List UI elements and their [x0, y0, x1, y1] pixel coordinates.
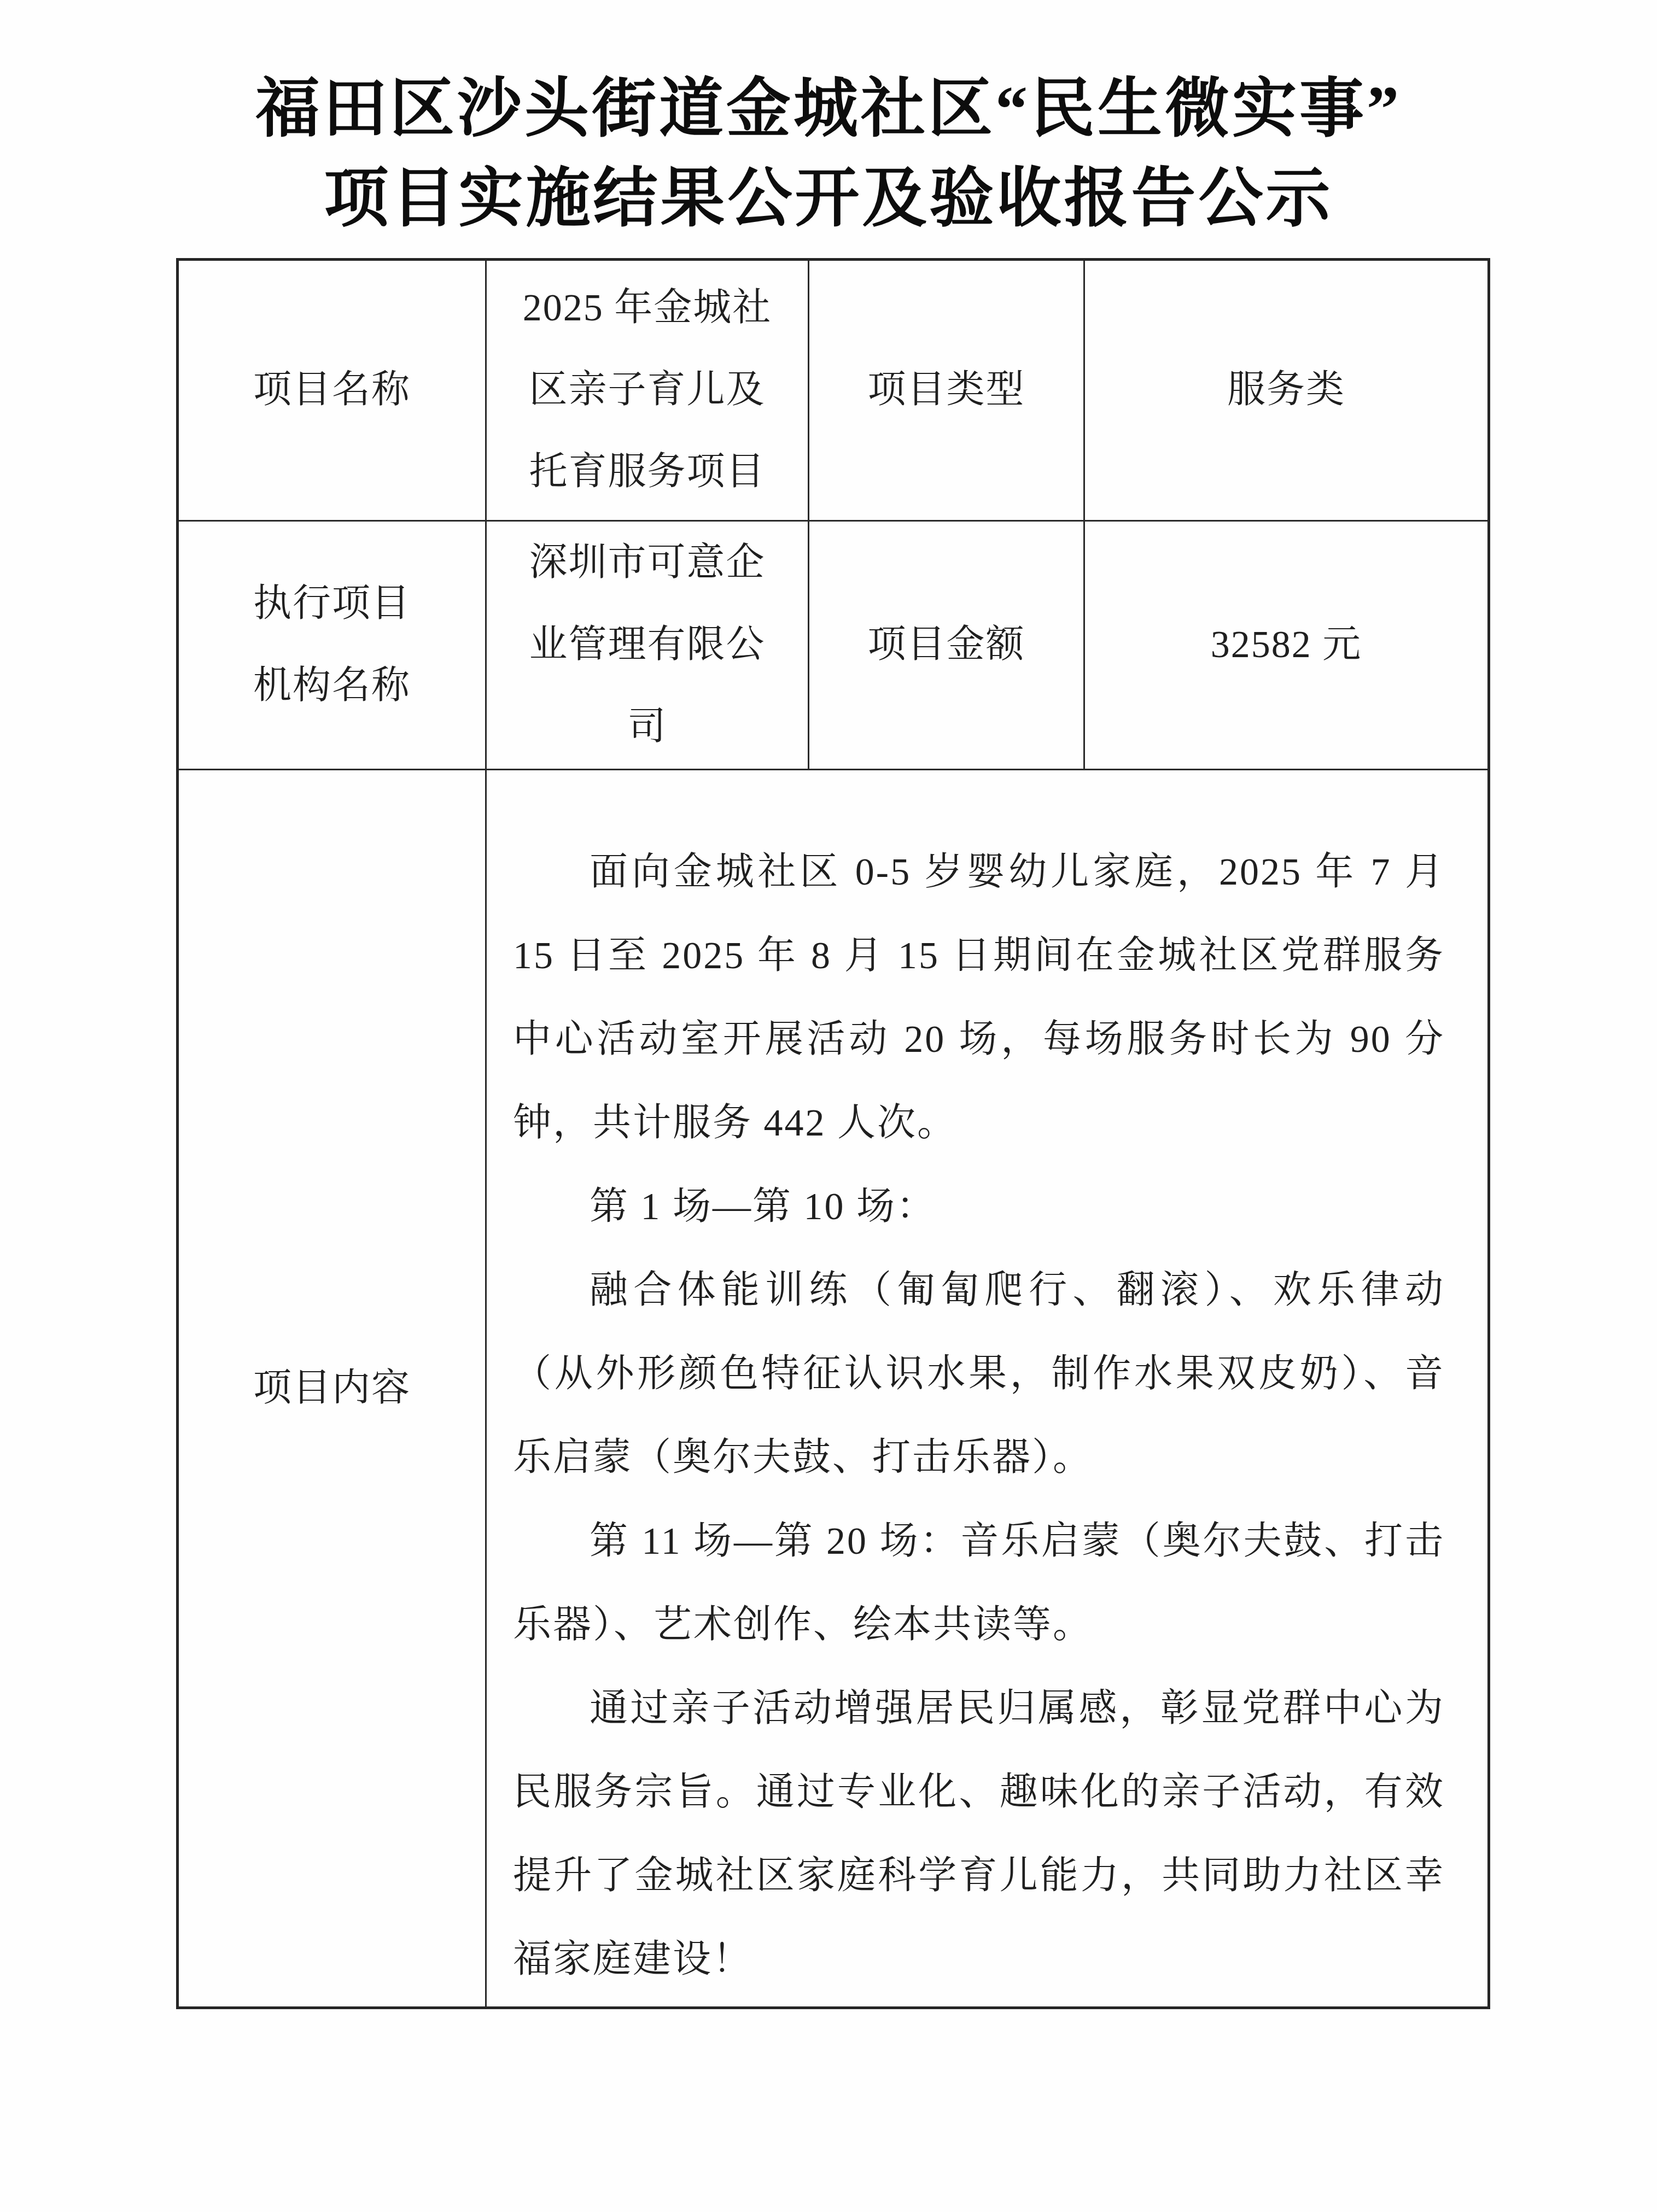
content-paragraph-sessions-1-10-heading: 第 1 场—第 10 场： — [513, 1165, 1445, 1249]
executing-org-label-cell: 执行项目机构名称 — [178, 521, 486, 770]
content-paragraph-overview: 面向金城社区 0-5 岁婴幼儿家庭，2025 年 7 月 15 日至 2025 … — [513, 830, 1445, 1165]
content-paragraph-summary: 通过亲子活动增强居民归属感，彰显党群中心为民服务宗旨。通过专业化、趣味化的亲子活… — [513, 1667, 1445, 2002]
project-amount-value-cell: 32582 元 — [1084, 521, 1489, 770]
executing-org-label: 执行项目机构名称 — [250, 563, 414, 727]
table-row-project-content: 项目内容 面向金城社区 0-5 岁婴幼儿家庭，2025 年 7 月 15 日至 … — [178, 770, 1489, 2008]
project-name-value: 2025 年金城社区亲子育儿及托育服务项目 — [519, 267, 776, 513]
content-paragraph-sessions-1-10-detail: 融合体能训练（匍匐爬行、翻滚）、欢乐律动（从外形颜色特征认识水果，制作水果双皮奶… — [513, 1249, 1445, 1500]
project-name-label-cell: 项目名称 — [178, 260, 486, 521]
report-table: 项目名称 2025 年金城社区亲子育儿及托育服务项目 项目类型 服务类 执行项目… — [176, 258, 1490, 2009]
table-row-project-name: 项目名称 2025 年金城社区亲子育儿及托育服务项目 项目类型 服务类 — [178, 260, 1489, 521]
title-line-2: 项目实施结果公开及验收报告公示 — [0, 154, 1657, 244]
project-content-cell: 面向金城社区 0-5 岁婴幼儿家庭，2025 年 7 月 15 日至 2025 … — [486, 770, 1489, 2008]
executing-org-value-cell: 深圳市可意企业管理有限公司 — [486, 521, 809, 770]
project-name-value-cell: 2025 年金城社区亲子育儿及托育服务项目 — [486, 260, 809, 521]
project-amount-value: 32582 元 — [1211, 624, 1362, 666]
project-amount-label: 项目金额 — [868, 624, 1025, 666]
document-page: 福田区沙头街道金城社区“民生微实事” 项目实施结果公开及验收报告公示 项目名称 … — [0, 0, 1657, 2212]
content-paragraph-sessions-11-20: 第 11 场—第 20 场：音乐启蒙（奥尔夫鼓、打击乐器）、艺术创作、绘本共读等… — [513, 1500, 1445, 1667]
table-row-executing-org: 执行项目机构名称 深圳市可意企业管理有限公司 项目金额 32582 元 — [178, 521, 1489, 770]
document-title: 福田区沙头街道金城社区“民生微实事” 项目实施结果公开及验收报告公示 — [0, 65, 1657, 244]
project-type-label: 项目类型 — [868, 369, 1025, 411]
project-amount-label-cell: 项目金额 — [809, 521, 1084, 770]
title-line-1: 福田区沙头街道金城社区“民生微实事” — [0, 65, 1657, 154]
project-content-label-cell: 项目内容 — [178, 770, 486, 2008]
project-type-label-cell: 项目类型 — [809, 260, 1084, 521]
project-type-value-cell: 服务类 — [1084, 260, 1489, 521]
executing-org-value: 深圳市可意企业管理有限公司 — [519, 522, 776, 768]
project-content-label: 项目内容 — [253, 1348, 411, 1430]
project-name-label: 项目名称 — [253, 349, 411, 431]
project-type-value: 服务类 — [1227, 369, 1345, 411]
